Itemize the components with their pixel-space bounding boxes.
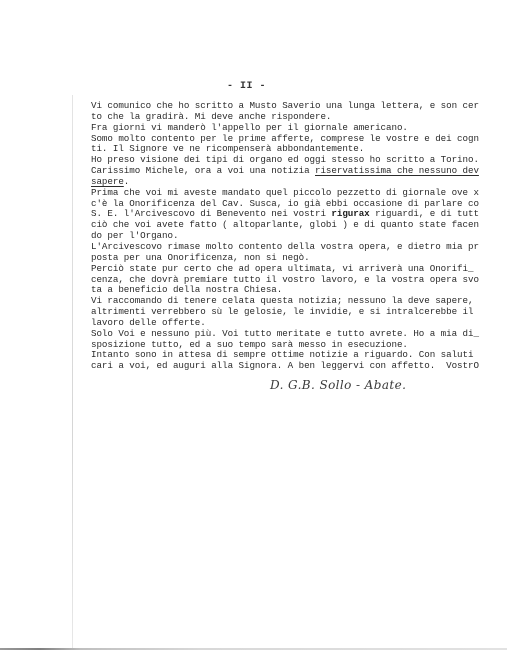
text-segment: riguardi, e di tutt: [370, 208, 479, 219]
text-line: Carissimo Michele, ora a voi una notizia…: [91, 166, 491, 177]
text-segment: .: [124, 176, 129, 187]
text-line: Prima che voi mi aveste mandato quel pic…: [91, 188, 491, 199]
overtyped-text: rigurax: [331, 208, 369, 219]
text-line: Solo Voi e nessuno più. Voi tutto merita…: [91, 329, 491, 340]
letter-body: Vi comunico che ho scritto a Musto Saver…: [91, 101, 491, 372]
text-line: Perciò state pur certo che ad opera ulti…: [91, 264, 491, 275]
page-number: - II -: [227, 81, 266, 92]
underlined-text: sapere: [91, 176, 124, 187]
page-left-edge: [72, 95, 73, 655]
text-segment: S. E. l'Arcivescovo di Benevento nei vos…: [91, 208, 331, 219]
text-line: Fra giorni vi manderò l'appello per il g…: [91, 123, 491, 134]
handwritten-signature: D. G.B. Sollo - Abate.: [270, 378, 406, 392]
page-bottom-margin: [0, 650, 507, 656]
document-page: - II - Vi comunico che ho scritto a Must…: [0, 0, 507, 656]
underlined-text: riservatissima che nessuno dev: [315, 165, 479, 176]
text-line: cari a voi, ed auguri alla Signora. A be…: [91, 361, 491, 372]
text-segment: Carissimo Michele, ora a voi una notizia: [91, 165, 315, 176]
